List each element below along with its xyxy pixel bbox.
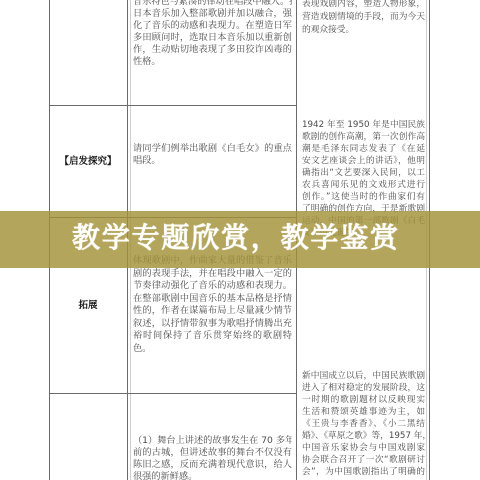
background-paragraph-3: 新中国成立以后，中国民族歌剧 进入了相对稳定的发展阶段，这 一时期的歌剧题材以反… [302,370,425,478]
text-line: 营造戏剧情境的手段，而为今天 [302,11,425,24]
text-line: 生活和赞颂英雄事迹为主，如 [302,406,425,418]
document-page: 音乐特色与紧凑的律动在唱段中融入。把 日本音乐加入整部歌剧并加以融合，强 化了音… [0,0,480,480]
text-line: 中国音乐家协会与中国戏剧家 [302,442,425,454]
text-line: 作，生动贴切地表现了多田狡诈凶毒的 [133,44,292,56]
text-line: 协会联合召开了一次“歌剧研讨 [302,454,425,466]
text-line: 表现戏剧内容，塑造人物形象， [302,0,425,11]
text-line: 日本音乐加入整部歌剧并加以融合，强 [133,8,292,20]
table-cell-content-row1: 音乐特色与紧凑的律动在唱段中融入。把 日本音乐加入整部歌剧并加以融合，强 化了音… [133,0,292,68]
text-line: 音乐特色与紧凑的律动在唱段中融入。把 [133,0,292,8]
text-line: （1）舞台上讲述的故事发生在 70 多年 [133,435,292,447]
text-line: 很强的新鲜感。 [133,471,292,480]
text-line: 叙述，以抒情带叙事为歌唱抒情腾出充 [133,318,292,331]
text-line: 裕时间保持了音乐贯穿始终的歌剧特 [133,330,292,343]
text-line: 性的，作者在谋篇布局上尽量减少情节 [133,305,292,318]
text-line: 请同学们例举出歌剧《白毛女》的重点 [133,143,292,155]
table-cell-content-row2: 请同学们例举出歌剧《白毛女》的重点 唱段。 [133,143,292,167]
text-line: 前的古城，但讲述故事的舞台不仅没有 [133,447,292,459]
text-line: 多田顾问时，选取日本音乐加以重新创 [133,32,292,44]
text-line: 《王贵与李香香》、《小二黑结 [302,418,425,430]
text-line: 一时期的歌剧题材以反映现实 [302,394,425,406]
text-line: 进入了相对稳定的发展阶段，这 [302,382,425,394]
text-line: 确指出“文艺要深入民间，以工 [302,167,425,179]
row-label-inquiry: 【启发探究】 [49,156,127,168]
text-line: 创作。”这使当时的作曲家们有 [302,191,425,203]
text-line: 新中国成立以后，中国民族歌剧 [302,370,425,382]
text-line: 陈旧之感，反而充满着现代意识，给人 [133,459,292,471]
text-line: 潮是毛泽东同志发表了《在延 [302,143,425,155]
text-line: 歌剧的创作高潮，第一次创作高 [302,131,425,143]
text-line: 在整部歌剧中国音乐的基本品格是抒情 [133,293,292,306]
table-row-divider [49,393,296,394]
text-line: 化了音乐的动感和表现力。在塑造日军 [133,20,292,32]
text-line: 会”，为中国歌剧指出了明确的 [302,466,425,478]
text-line: 色。 [133,343,292,356]
text-line: 节奏律动强化了音乐的动感和表现力。 [133,280,292,293]
text-line: 唱段。 [133,155,292,167]
title-banner: 教学专题欣赏，教学鉴赏 [0,211,480,268]
banner-title: 教学专题欣赏，教学鉴赏 [72,223,400,253]
text-line: 剧的表现手法，并在唱段中融入一定的 [133,268,292,281]
text-line: 婚》、《草原之歌》等，1957 年， [302,430,425,442]
table-row-divider [49,105,296,106]
row-label-extension: 拓展 [49,300,127,312]
background-paragraph-1: 表现戏剧内容，塑造人物形象， 营造戏剧情境的手段，而为今天 的观众接受。 [302,0,425,37]
text-line: 性格。 [133,56,292,68]
text-line: 安文艺座谈会上的讲话》，他明 [302,155,425,167]
table-cell-content-row3: 体现歌剧中，作曲家大量的借鉴了音乐 剧的表现手法，并在唱段中融入一定的 节奏律动… [133,255,292,355]
text-line: 1942 年至 1950 年是中国民族 [302,119,425,131]
text-line: 农兵喜闻乐见的文戏形式进行 [302,179,425,191]
text-line: 的观众接受。 [302,24,425,37]
table-cell-content-row4: （1）舞台上讲述的故事发生在 70 多年 前的古城，但讲述故事的舞台不仅没有 陈… [133,435,292,480]
